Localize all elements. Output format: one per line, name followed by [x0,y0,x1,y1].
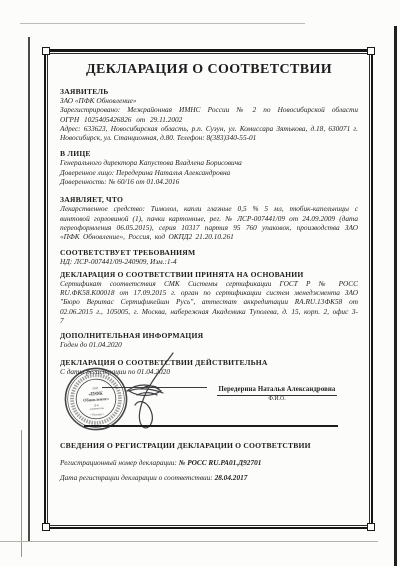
certificate-description: Сертификат соответствия СМК Системы серт… [60,279,358,325]
in-person-label: В ЛИЦЕ [60,149,358,158]
signature-line [102,387,207,388]
expiry-line: Годен до 01.04.2020 [60,340,358,349]
stamp-org-type: ЗАО [92,386,99,390]
product-description: Лекарственное средство: Тимолол, капли г… [60,204,358,241]
basis-label: ДЕКЛАРАЦИЯ О СООТВЕТСТВИИ ПРИНЯТА НА ОСН… [60,270,358,279]
document-content: ДЕКЛАРАЦИЯ О СООТВЕТСТВИИ ЗАЯВИТЕЛЬ ЗАО … [46,52,371,376]
applicant-company: ЗАО «ПФК Обновление» [60,96,358,105]
page-title: ДЕКЛАРАЦИЯ О СООТВЕТСТВИИ [60,62,358,78]
frame-corner [42,523,50,531]
scan-artifact-top-line [20,23,305,24]
meets-label: СООТВЕТСТВУЕТ ТРЕБОВАНИЯМ [60,248,358,257]
handwritten-signature [117,351,182,433]
section-in-person: В ЛИЦЕ Генерального директора Капустова … [60,149,358,186]
director-line: Генерального директора Капустова Владлен… [60,158,358,167]
registration-number-line: Регистрационный номер декларации: № РОСС… [60,458,261,467]
registration-section-label: СВЕДЕНИЯ О РЕГИСТРАЦИИ ДЕКЛАРАЦИИ О СООТ… [60,441,311,450]
power-of-attorney-line: Доверенность: № 60/16 от 01.04.2016 [60,177,358,186]
signatory-name: Передерина Наталья Александровна [217,386,338,396]
normative-doc-line: НД: ЛСР-007441/09-240909, Изм.:1-4 [60,257,358,266]
scan-artifact-bottom-line [0,541,378,542]
scan-artifact-left-line-2 [21,430,22,557]
section-applicant: ЗАЯВИТЕЛЬ ЗАО «ПФК Обновление» Зарегистр… [60,87,358,142]
registration-number-value: № РОСС RU.РА01.Д92701 [179,458,262,467]
scan-artifact-right-edge [394,26,397,566]
frame-corner [367,523,375,531]
registration-number-label: Регистрационный номер декларации: [60,458,177,467]
scan-artifact-left-line [28,37,30,542]
registration-date-value: 28.04.2017 [215,473,248,482]
signatory-caption: Ф.И.О. [202,396,352,403]
section-basis: ДЕКЛАРАЦИЯ О СООТВЕТСТВИИ ПРИНЯТА НА ОСН… [60,270,358,325]
declares-label: ЗАЯВЛЯЕТ, ЧТО [60,195,358,204]
stamp-company-line2: Обновление» [83,396,109,403]
stamp-country: • Россия • [90,412,103,417]
stamp-purpose-line2: документов [90,406,105,411]
registration-date-line: Дата регистрации декларации о соответств… [60,473,247,482]
document-border-frame: ДЕКЛАРАЦИЯ О СООТВЕТСТВИИ ЗАЯВИТЕЛЬ ЗАО … [44,49,373,529]
applicant-address: Адрес: 633623, Новосибирская область, р.… [60,124,358,143]
signatory-name-block: Передерина Наталья Александровна Ф.И.О. [202,378,352,403]
additional-label: ДОПОЛНИТЕЛЬНАЯ ИНФОРМАЦИЯ [60,331,358,340]
section-meets-requirements: СООТВЕТСТВУЕТ ТРЕБОВАНИЯМ НД: ЛСР-007441… [60,248,358,266]
applicant-registration: Зарегистрировано: Межрайонная ИМНС Росси… [60,105,358,124]
registration-date-label: Дата регистрации декларации о соответств… [60,473,213,482]
section-divider-line [84,425,338,427]
section-declares: ЗАЯВЛЯЕТ, ЧТО Лекарственное средство: Ти… [60,195,358,241]
section-additional-info: ДОПОЛНИТЕЛЬНАЯ ИНФОРМАЦИЯ Годен до 01.04… [60,331,358,349]
applicant-label: ЗАЯВИТЕЛЬ [60,87,358,96]
trustee-line: Доверенное лицо: Передерина Наталья Алек… [60,168,358,177]
